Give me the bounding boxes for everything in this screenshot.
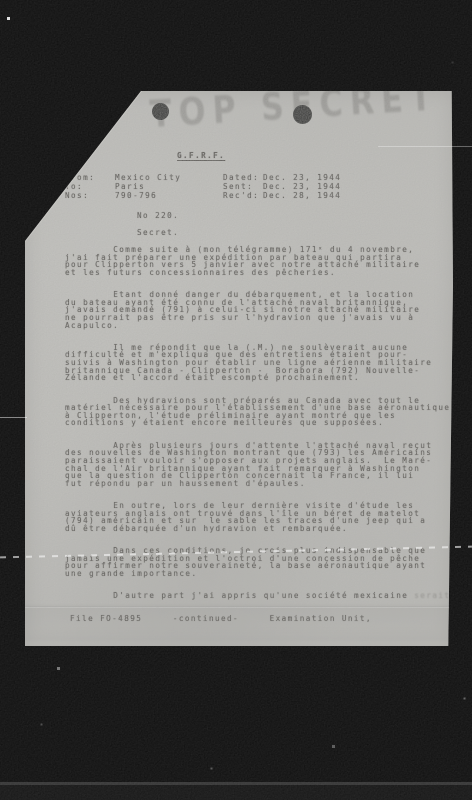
scan-backing (0, 785, 472, 800)
meta-row: From:Mexico CityDated:Dec. 23, 1944 (65, 173, 447, 182)
meta-label: Nos: (65, 191, 115, 200)
examining-unit: Examination Unit, (270, 615, 372, 623)
paragraph: D'autre part j'ai appris qu'une société … (65, 592, 455, 600)
page-footer: File FO-4895 -continued- Examination Uni… (70, 615, 372, 623)
meta-value: Dec. 28, 1944 (263, 191, 447, 200)
telegram-meta: From:Mexico CityDated:Dec. 23, 1944 To:P… (65, 173, 447, 201)
top-secret-stamp: TOP SECRET (149, 75, 440, 136)
telegram-body: Comme suite à (mon télégramme) 171ˣ du 4… (65, 246, 455, 600)
page-crease (25, 606, 453, 608)
paragraph: Comme suite à (mon télégramme) 171ˣ du 4… (65, 246, 455, 277)
scan-scratch-line (378, 146, 472, 147)
meta-label: Rec'd: (223, 191, 263, 200)
continued-note: -continued- (173, 615, 239, 623)
faded-word: serait (414, 591, 450, 600)
reference-code: G.F.R.F. (177, 152, 225, 160)
paragraph-text: D'autre part j'ai appris qu'une société … (65, 591, 414, 600)
telegram-number: No 220. (137, 212, 179, 220)
dust-specks (0, 0, 1, 1)
folded-corner-edge (24, 89, 142, 241)
paragraph: En outre, lors de leur dernière visite d… (65, 502, 455, 533)
meta-label: To: (65, 182, 115, 191)
meta-row: To:ParisSent:Dec. 23, 1944 (65, 182, 447, 191)
meta-value: Dec. 23, 1944 (263, 173, 447, 182)
punch-hole (293, 105, 312, 124)
paragraph: Après plusieurs jours d'attente l'attach… (65, 442, 455, 488)
meta-value: Paris (115, 182, 223, 191)
scan-scratch-line (0, 417, 27, 418)
classification-line: Secret. (137, 229, 179, 237)
paragraph: Dans ces conditions, je crois plus indis… (65, 547, 455, 578)
punch-hole (152, 103, 169, 120)
scanned-document: TOP SECRET G.F.R.F. From:Mexico CityDate… (0, 0, 472, 800)
paragraph: Il me répondit que la (.M.) ne soulèvera… (65, 344, 455, 382)
meta-value: 790-796 (115, 191, 223, 200)
paragraph: Etant donné danger du débarquement, et l… (65, 291, 455, 329)
paragraph: Des hydravions sont préparés au Canada a… (65, 397, 455, 428)
meta-label: Sent: (223, 182, 263, 191)
file-number: File FO-4895 (70, 615, 142, 623)
document-page: TOP SECRET G.F.R.F. From:Mexico CityDate… (25, 91, 453, 646)
meta-label: Dated: (223, 173, 263, 182)
meta-row: Nos:790-796Rec'd:Dec. 28, 1944 (65, 191, 447, 200)
meta-value: Mexico City (115, 173, 223, 182)
meta-value: Dec. 23, 1944 (263, 182, 447, 191)
